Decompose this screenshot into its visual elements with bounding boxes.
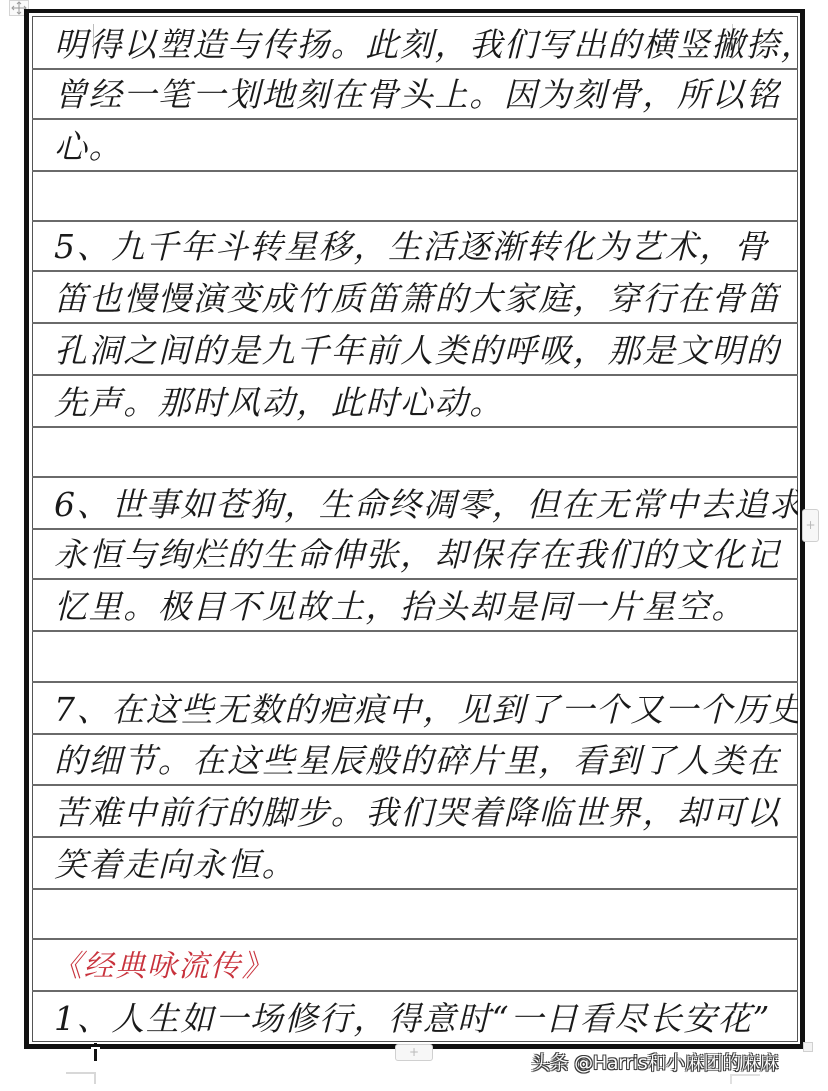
- row-text: 先声。那时风动，此时心动。: [32, 384, 504, 426]
- row-text: 5、九千年斗转星移，生活逐渐转化为艺术，骨: [32, 228, 769, 270]
- table-row[interactable]: 的细节。在这些星辰般的碎片里，看到了人类在: [32, 735, 798, 786]
- table-row[interactable]: 永恒与绚烂的生命伸张，却保存在我们的文化记: [32, 530, 798, 580]
- table-row[interactable]: 明得以塑造与传扬。此刻，我们写出的横竖撇捺，: [32, 17, 798, 70]
- table-row[interactable]: 苦难中前行的脚步。我们哭着降临世界，却可以: [32, 786, 798, 838]
- section-heading: 《经典咏流传》: [32, 948, 273, 990]
- table-row-blank[interactable]: [32, 890, 798, 940]
- row-text: 1、人生如一场修行，得意时“一日看尽长安花”: [32, 1000, 771, 1042]
- table-row[interactable]: 先声。那时风动，此时心动。: [32, 376, 798, 428]
- row-text: 苦难中前行的脚步。我们哭着降临世界，却可以: [32, 794, 781, 836]
- table-row[interactable]: 6、世事如苍狗，生命终凋零，但在无常中去追求: [32, 478, 798, 530]
- table-row-heading[interactable]: 《经典咏流传》: [32, 940, 798, 992]
- column-boundary-marker[interactable]: [94, 1043, 97, 1061]
- table-row-blank[interactable]: [32, 632, 798, 683]
- row-text: 曾经一笔一划地刻在骨头上。因为刻骨，所以铭: [32, 76, 781, 118]
- table-row-blank[interactable]: [32, 172, 798, 222]
- row-text: 的细节。在这些星辰般的碎片里，看到了人类在: [32, 742, 781, 784]
- row-text: 永恒与绚烂的生命伸张，却保存在我们的文化记: [32, 536, 781, 578]
- row-text: 心。: [32, 128, 123, 170]
- row-text: [32, 472, 54, 476]
- row-text: 孔洞之间的是九千年前人类的呼吸，那是文明的: [32, 332, 781, 374]
- table-resize-handle[interactable]: [803, 1042, 813, 1052]
- row-text: 6、世事如苍狗，生命终凋零，但在无常中去追求: [32, 486, 798, 528]
- table-row[interactable]: 5、九千年斗转星移，生活逐渐转化为艺术，骨: [32, 222, 798, 272]
- indent-marker-left: [66, 1072, 96, 1084]
- table-row[interactable]: 笑着走向永恒。: [32, 838, 798, 890]
- table-row[interactable]: 7、在这些无数的疤痕中，见到了一个又一个历史: [32, 683, 798, 735]
- row-text: 笑着走向永恒。: [32, 846, 296, 888]
- row-text: 笛也慢慢演变成竹质笛箫的大家庭，穿行在骨笛: [32, 280, 781, 322]
- row-text: [32, 677, 54, 681]
- table-row[interactable]: 忆里。极目不见故土，抬头却是同一片星空。: [32, 580, 798, 632]
- table-row[interactable]: 心。: [32, 120, 798, 172]
- table-row[interactable]: 孔洞之间的是九千年前人类的呼吸，那是文明的: [32, 324, 798, 376]
- table-row[interactable]: 笛也慢慢演变成竹质笛箫的大家庭，穿行在骨笛: [32, 272, 798, 324]
- row-text: 忆里。极目不见故土，抬头却是同一片星空。: [32, 588, 746, 630]
- table-row[interactable]: 曾经一笔一划地刻在骨头上。因为刻骨，所以铭: [32, 70, 798, 120]
- plus-icon: +: [805, 518, 815, 532]
- row-text: [32, 216, 54, 220]
- table-row-blank[interactable]: [32, 428, 798, 478]
- add-column-handle[interactable]: +: [802, 509, 819, 542]
- plus-icon: +: [409, 1045, 419, 1059]
- indent-marker-right: [730, 1074, 760, 1084]
- table-row[interactable]: 1、人生如一场修行，得意时“一日看尽长安花”: [32, 992, 798, 1042]
- add-row-handle[interactable]: +: [395, 1044, 433, 1061]
- row-text: 7、在这些无数的疤痕中，见到了一个又一个历史: [32, 691, 798, 733]
- row-text: 明得以塑造与传扬。此刻，我们写出的横竖撇捺，: [32, 26, 798, 68]
- watermark: 头条 @Harris和小麻团的麻麻: [531, 1048, 778, 1075]
- row-text: [32, 934, 54, 938]
